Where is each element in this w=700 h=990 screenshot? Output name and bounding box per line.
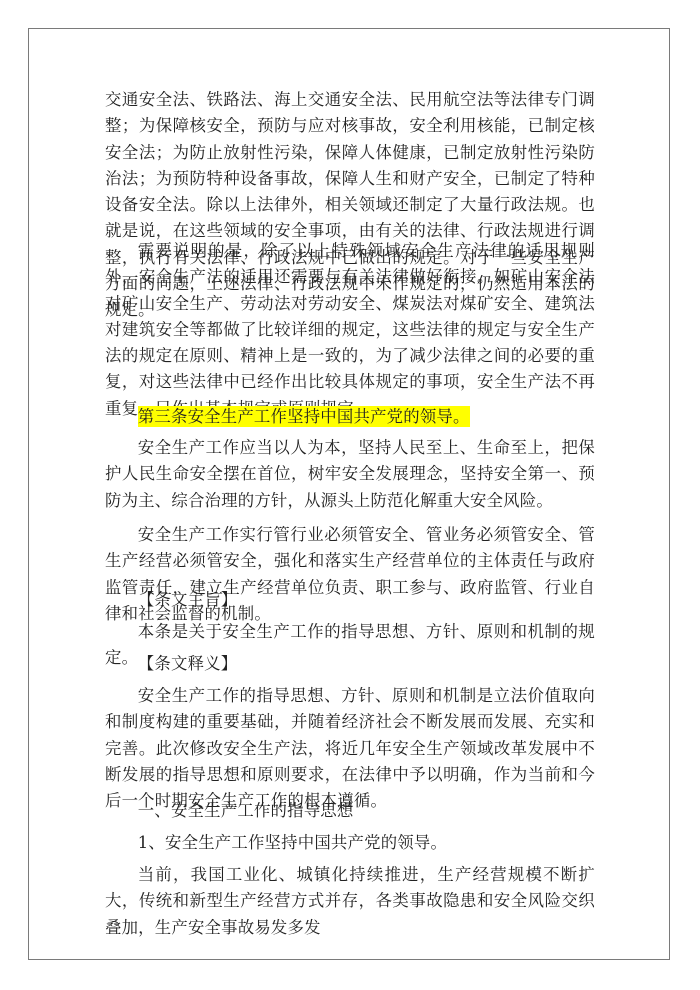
paragraph-law-coordination: 需要说明的是，除了以上特殊领域安全生产法律的适用规则外，安全生产法的适用还需要与… bbox=[105, 238, 595, 422]
paragraph-people-first: 安全生产工作应当以人为本，坚持人民至上、生命至上，把保护人民生命安全摆在首位，树… bbox=[105, 435, 595, 514]
section-heading-guiding-ideology: 一、安全生产工作的指导思想 bbox=[105, 798, 595, 824]
label-article-purpose: 【条文主旨】 bbox=[105, 587, 595, 613]
highlighted-text: 第三条安全生产工作坚持中国共产党的领导。 bbox=[138, 406, 470, 427]
article-3-heading: 第三条安全生产工作坚持中国共产党的领导。 bbox=[105, 404, 595, 430]
paragraph-current-situation: 当前，我国工业化、城镇化持续推进，生产经营规模不断扩大，传统和新型生产经营方式并… bbox=[105, 862, 595, 941]
label-article-interpretation: 【条文释义】 bbox=[105, 651, 595, 677]
subsection-heading-party-leadership: 1、安全生产工作坚持中国共产党的领导。 bbox=[105, 830, 595, 856]
paragraph-interpretation: 安全生产工作的指导思想、方针、原则和机制是立法价值取向和制度构建的重要基础，并随… bbox=[105, 683, 595, 814]
